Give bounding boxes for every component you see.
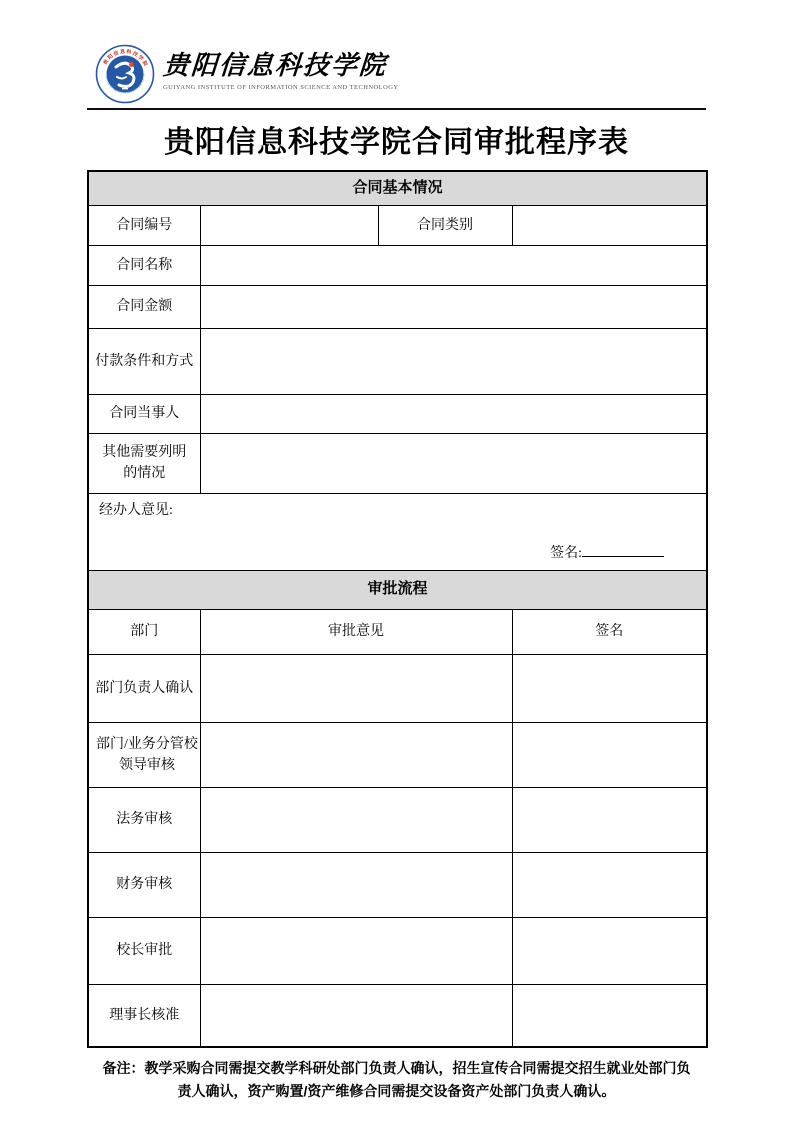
approval-opinion-cell <box>200 917 512 984</box>
handler-opinion-cell: 经办人意见: 签名: <box>88 493 707 570</box>
contract-parties-value-cell <box>200 394 707 433</box>
approval-signature-cell <box>512 917 707 984</box>
university-logo-icon: 贵阳信息科技学院 GUIYANG INSTITUTE OF INFORMATIO… <box>95 44 155 104</box>
table-row: 合同名称 <box>88 245 707 285</box>
table-row: 付款条件和方式 <box>88 328 707 394</box>
handler-signature-line <box>582 543 664 557</box>
contract-amount-label: 合同金额 <box>88 285 200 328</box>
approval-opinion-cell <box>200 787 512 852</box>
approval-row-dept-head: 部门负责人确认 <box>88 654 707 722</box>
contract-name-label: 合同名称 <box>88 245 200 285</box>
brand-block: 贵阳信息科技学院 GUIYANG INSTITUTE OF INFORMATIO… <box>163 44 399 91</box>
payment-terms-value-cell <box>200 328 707 394</box>
approval-signature-cell <box>512 722 707 787</box>
approval-row-president: 校长审批 <box>88 917 707 984</box>
approval-row-vice-president: 部门/业务分管校领导审核 <box>88 722 707 787</box>
contract-type-value-cell <box>512 205 707 245</box>
letterhead-divider <box>87 108 706 110</box>
table-row: 合同金额 <box>88 285 707 328</box>
other-items-value-cell <box>200 433 707 493</box>
footer-note: 备注：教学采购合同需提交教学科研处部门负责人确认，招生宣传合同需提交招生就业处部… <box>99 1057 695 1103</box>
approval-opinion-cell <box>200 984 512 1047</box>
approval-step-label: 部门负责人确认 <box>88 654 200 722</box>
approval-step-label: 法务审核 <box>88 787 200 852</box>
contract-no-label: 合同编号 <box>88 205 200 245</box>
section-approval-flow-header-row: 审批流程 <box>88 570 707 609</box>
other-items-label: 其他需要列明的情况 <box>88 433 200 493</box>
approval-opinion-cell <box>200 852 512 917</box>
table-row: 合同编号 合同类别 <box>88 205 707 245</box>
handler-signature-label: 签名: <box>550 546 582 561</box>
footer-note-label: 备注： <box>103 1060 145 1076</box>
footer-note-text: 教学采购合同需提交教学科研处部门负责人确认，招生宣传合同需提交招生就业处部门负责… <box>145 1060 691 1099</box>
brand-name-english: GUIYANG INSTITUTE OF INFORMATION SCIENCE… <box>163 84 399 91</box>
approval-row-chairman: 理事长核准 <box>88 984 707 1047</box>
approval-signature-cell <box>512 787 707 852</box>
document-page: 贵阳信息科技学院 GUIYANG INSTITUTE OF INFORMATIO… <box>87 0 706 1103</box>
section-approval-flow-title: 审批流程 <box>88 570 707 609</box>
approval-signature-cell <box>512 984 707 1047</box>
payment-terms-label: 付款条件和方式 <box>88 328 200 394</box>
handler-opinion-row: 经办人意见: 签名: <box>88 493 707 570</box>
column-header-department: 部门 <box>88 609 200 654</box>
approval-row-finance: 财务审核 <box>88 852 707 917</box>
approval-step-label: 校长审批 <box>88 917 200 984</box>
approval-step-label: 理事长核准 <box>88 984 200 1047</box>
section-basic-info-title: 合同基本情况 <box>88 171 707 205</box>
contract-approval-form-table: 合同基本情况 合同编号 合同类别 合同名称 合同金额 付款条件和方式 合同当事人… <box>87 170 708 1048</box>
section-basic-info-header-row: 合同基本情况 <box>88 171 707 205</box>
approval-step-label: 财务审核 <box>88 852 200 917</box>
brand-name-chinese: 贵阳信息科技学院 <box>162 52 400 81</box>
approval-row-legal: 法务审核 <box>88 787 707 852</box>
contract-no-value-cell <box>200 205 378 245</box>
contract-type-label: 合同类别 <box>378 205 512 245</box>
approval-opinion-cell <box>200 722 512 787</box>
letterhead: 贵阳信息科技学院 GUIYANG INSTITUTE OF INFORMATIO… <box>87 44 706 104</box>
contract-parties-label: 合同当事人 <box>88 394 200 433</box>
contract-amount-value-cell <box>200 285 707 328</box>
approval-signature-cell <box>512 852 707 917</box>
handler-opinion-label: 经办人意见: <box>99 500 696 521</box>
approval-column-header-row: 部门 审批意见 签名 <box>88 609 707 654</box>
table-row: 合同当事人 <box>88 394 707 433</box>
column-header-signature: 签名 <box>512 609 707 654</box>
approval-opinion-cell <box>200 654 512 722</box>
page-title: 贵阳信息科技学院合同审批程序表 <box>87 117 706 161</box>
approval-signature-cell <box>512 654 707 722</box>
column-header-opinion: 审批意见 <box>200 609 512 654</box>
approval-step-label: 部门/业务分管校领导审核 <box>88 722 200 787</box>
table-row: 其他需要列明的情况 <box>88 433 707 493</box>
contract-name-value-cell <box>200 245 707 285</box>
